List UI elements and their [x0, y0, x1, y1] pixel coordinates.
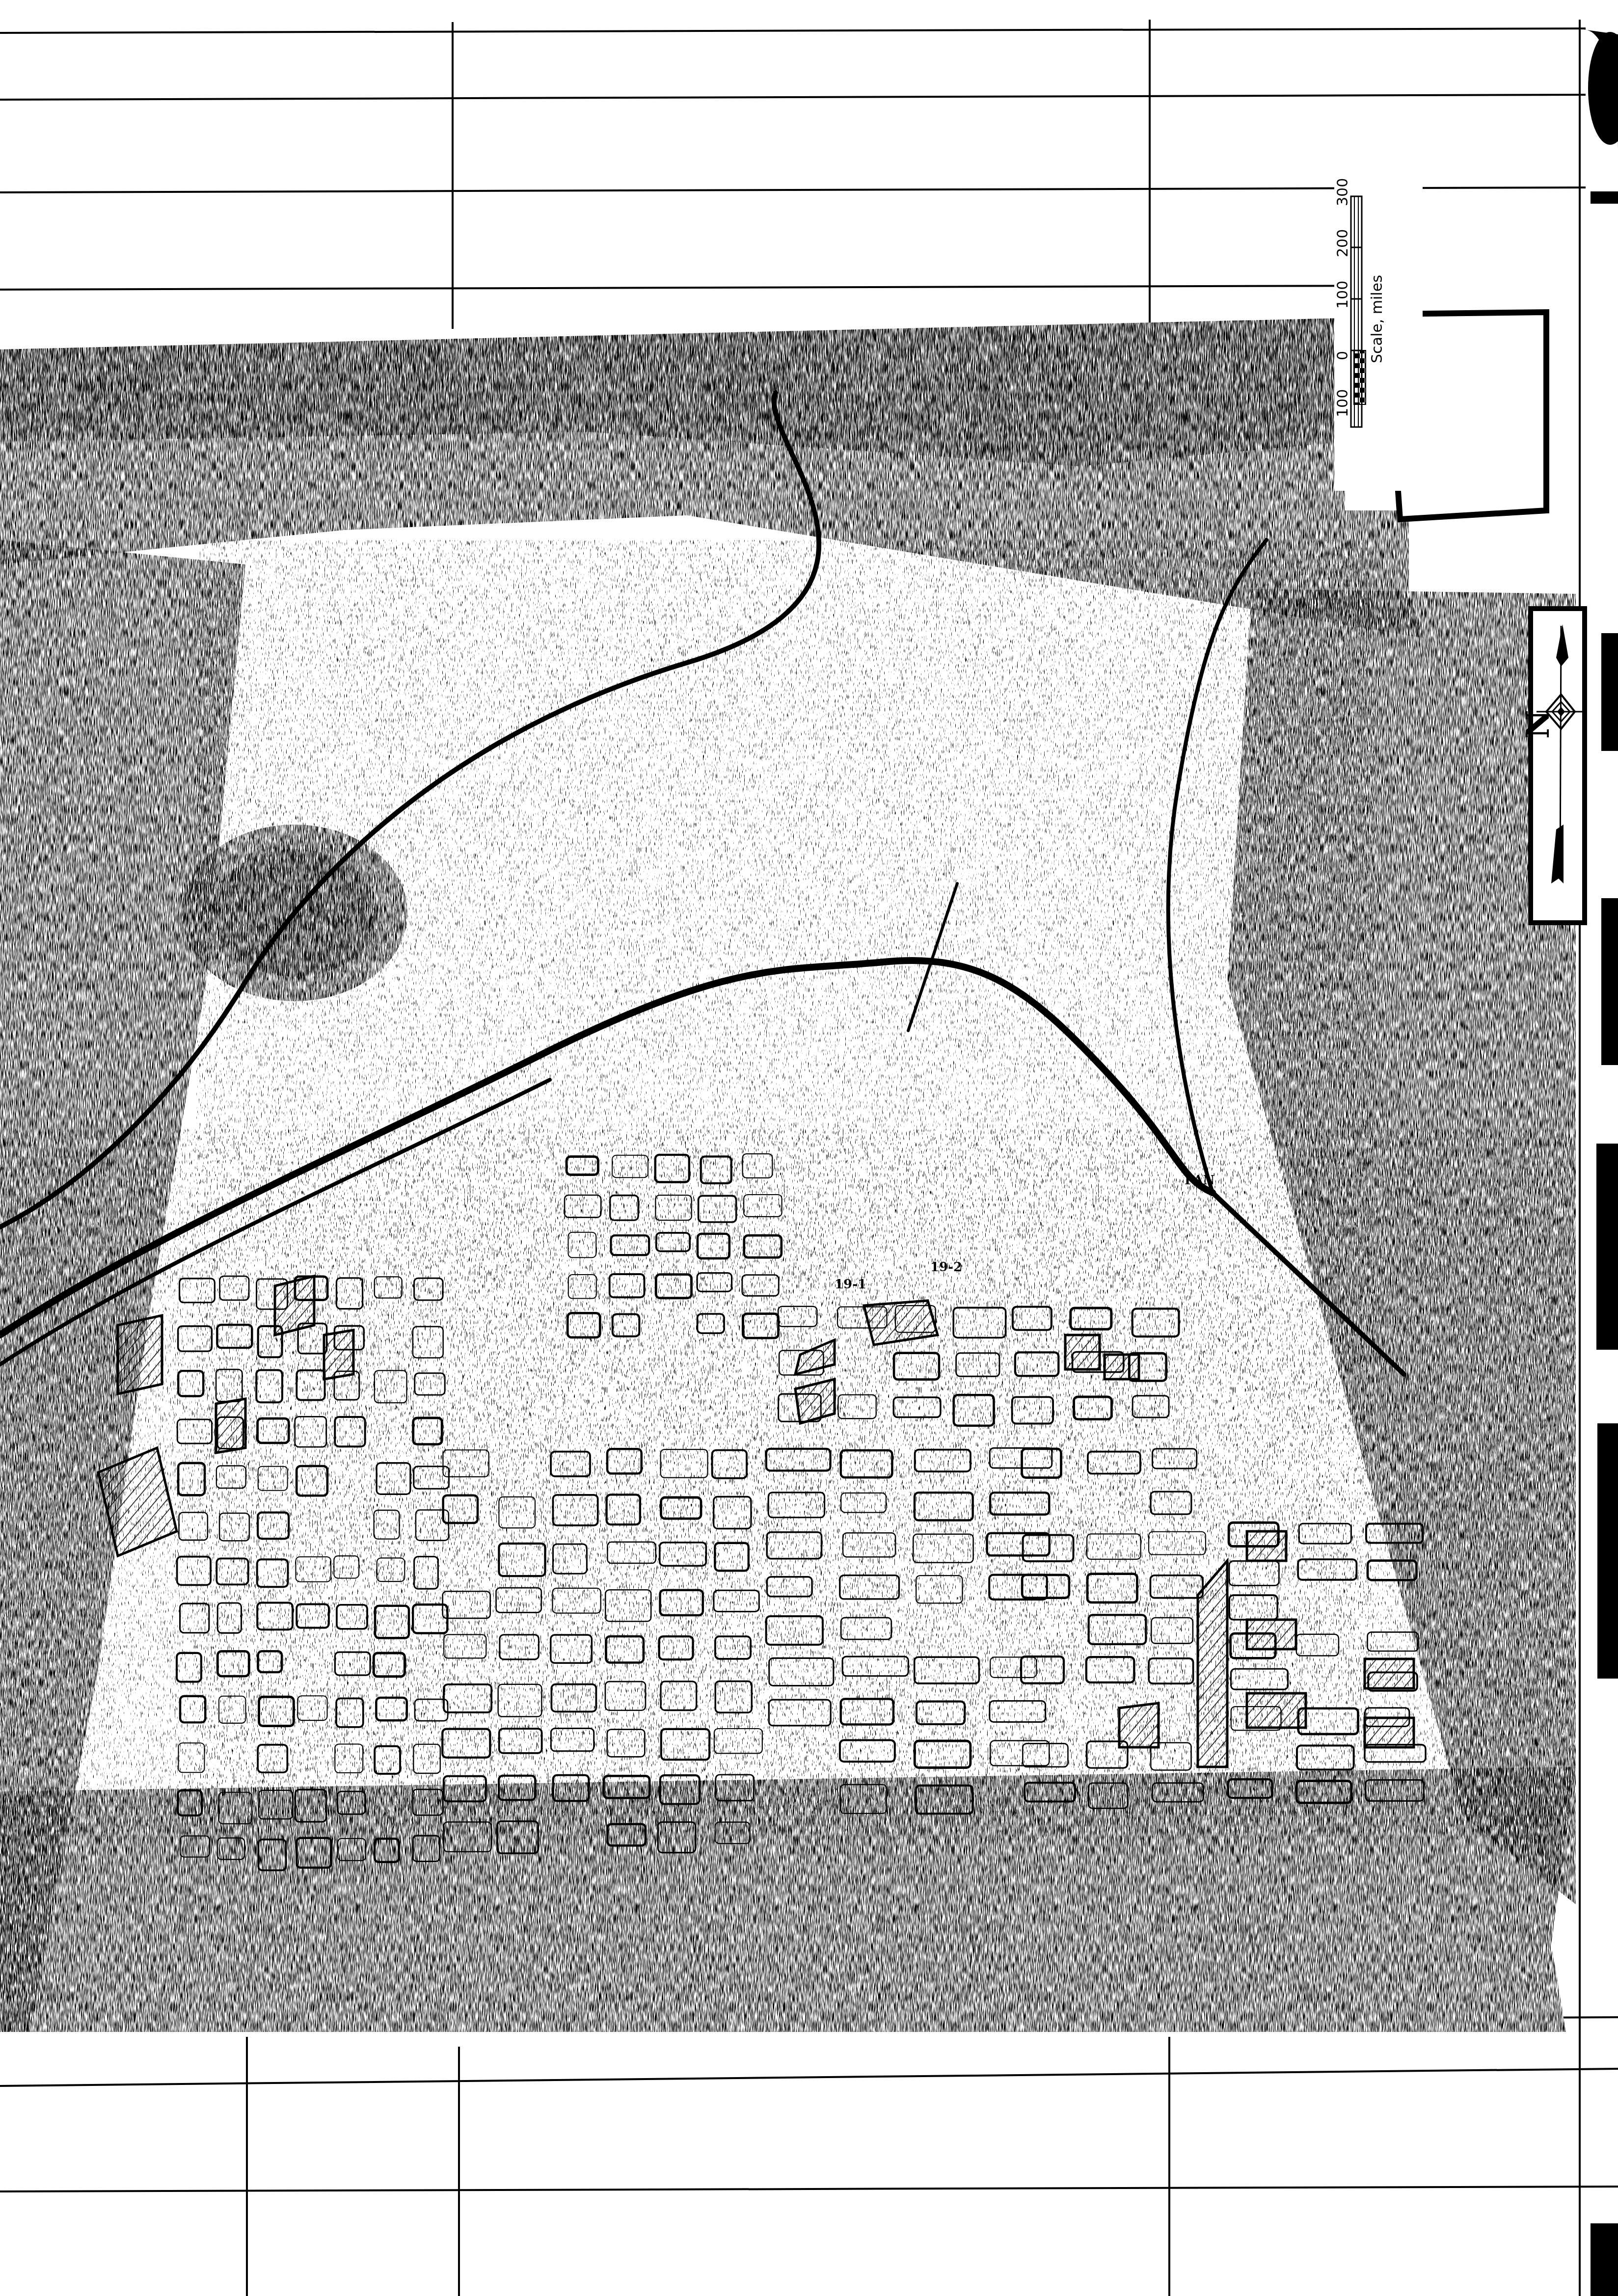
grid-lines-bottom — [0, 2017, 1618, 2296]
scale-tick-label: 0 — [1334, 351, 1351, 360]
junction-label: PAN — [1185, 1173, 1215, 1188]
edge-tabs — [1583, 29, 1618, 2296]
north-letter: N — [1520, 710, 1557, 739]
scale-caption: Scale, miles — [1369, 275, 1386, 363]
scale-tick-label: 100 — [1334, 389, 1351, 417]
north-arrow: N — [1520, 609, 1586, 923]
scale-bar: 1000100200300 Scale, miles — [1334, 178, 1423, 491]
map-body — [0, 318, 1576, 2032]
block-label-19-1: 19-1 — [835, 1277, 866, 1292]
scale-tick-label: 200 — [1334, 229, 1351, 257]
scale-tick-label: 300 — [1334, 178, 1351, 206]
scale-tick-label: 100 — [1334, 281, 1351, 309]
map-sheet: 19-1 19-2 PAN 1000100200300 Scale, miles… — [0, 0, 1618, 2296]
block-label-19-2: 19-2 — [930, 1260, 962, 1275]
